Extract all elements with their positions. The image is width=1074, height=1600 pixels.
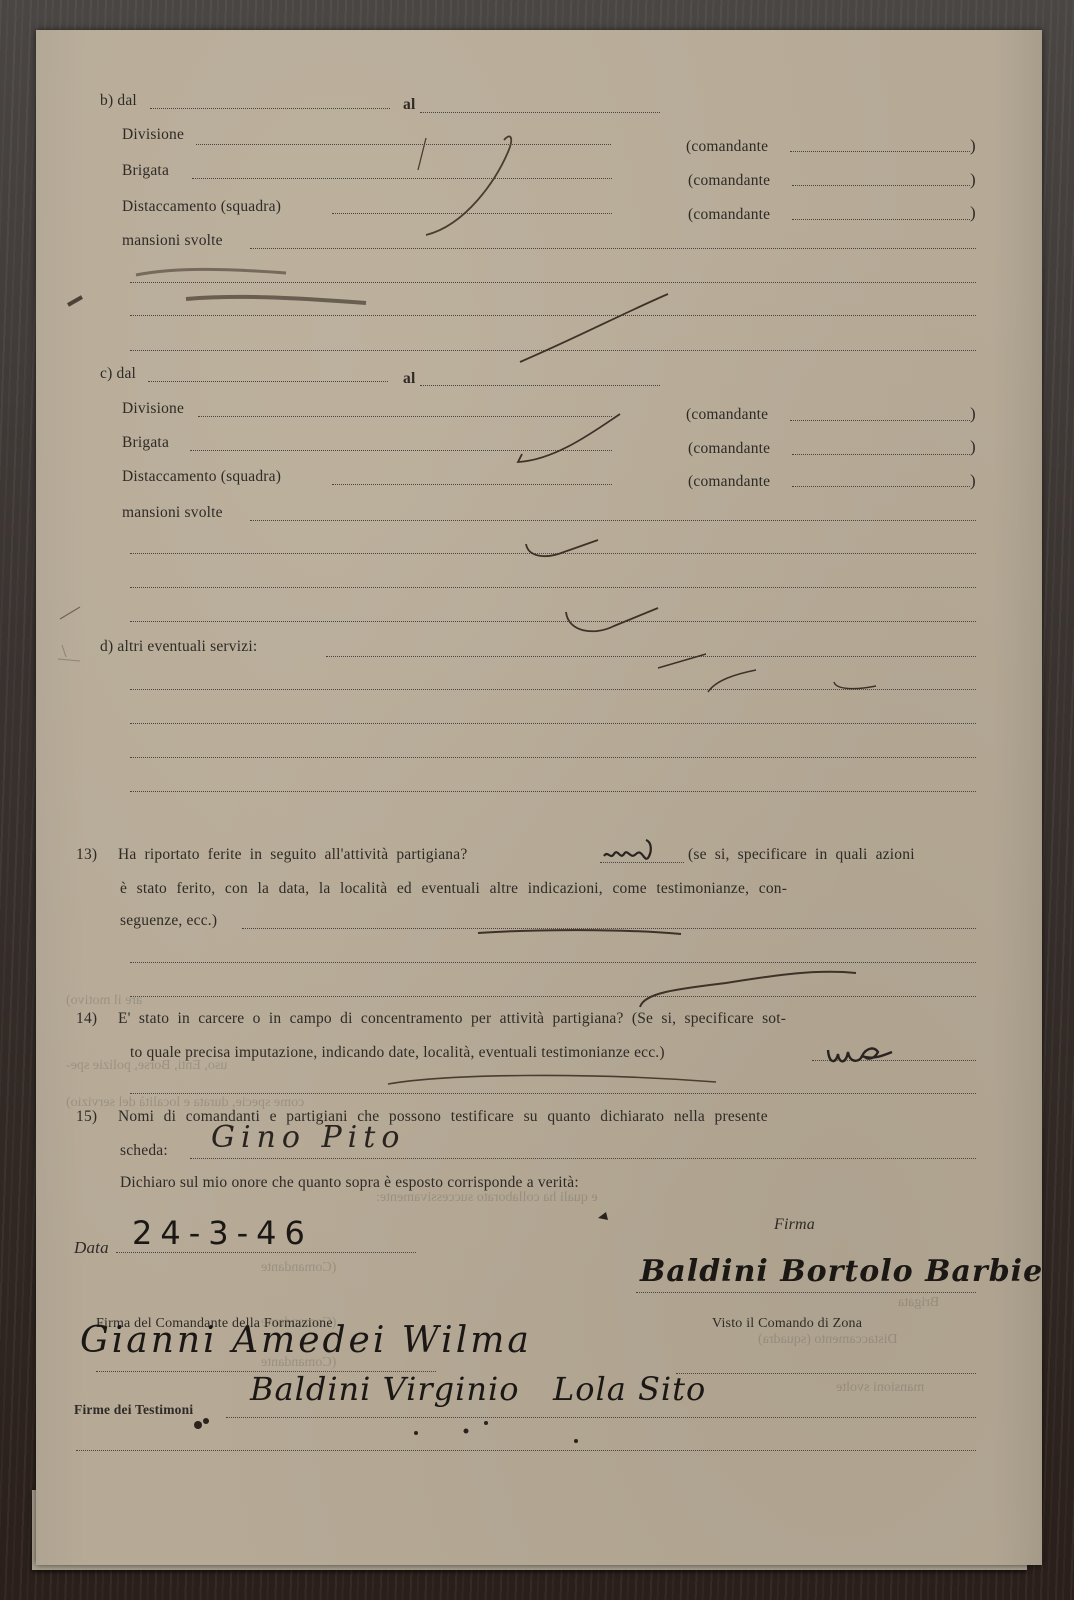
question-14-line-3[interactable] <box>130 1093 976 1094</box>
bleed-through-text: e quali ha collaborato successivamente: <box>376 1190 598 1206</box>
section-d-line-3[interactable] <box>130 723 976 724</box>
question-15-scheda-label: scheda: <box>120 1142 168 1160</box>
section-c-dal-label: c) dal <box>100 365 136 383</box>
section-b-comandante-field-1[interactable] <box>790 151 970 152</box>
section-c-mansioni-line-4[interactable] <box>130 621 976 622</box>
section-c-divisione-label: Divisione <box>122 400 184 418</box>
firma-field[interactable] <box>636 1292 976 1293</box>
strike-through-mark <box>564 606 664 642</box>
section-b-brigata-field[interactable] <box>192 178 612 179</box>
question-13-line3: seguenze, ecc.) <box>120 912 217 930</box>
section-c-mansioni-field[interactable] <box>250 520 976 521</box>
handwritten-witness-signatures: Baldini Virginio Lola Sito <box>250 1370 706 1408</box>
declaration-text: Dichiaro sul mio onore che quanto sopra … <box>120 1174 579 1192</box>
section-c-comandante-label-1: (comandante <box>686 406 768 424</box>
section-c-mansioni-line-3[interactable] <box>130 587 976 588</box>
question-15-names-field[interactable] <box>190 1158 976 1159</box>
comando-zona-label: Visto il Comando di Zona <box>712 1316 862 1332</box>
strike-through-line <box>636 965 866 1015</box>
section-c-comandante-label-2: (comandante <box>688 440 770 458</box>
firma-label: Firma <box>774 1216 815 1234</box>
section-d-line-4[interactable] <box>130 757 976 758</box>
strike-through-line <box>386 1070 726 1088</box>
question-14-line2: to quale precisa imputazione, indicando … <box>130 1044 665 1062</box>
section-b-distaccamento-label: Distaccamento (squadra) <box>122 198 281 216</box>
section-b-dal-label: b) dal <box>100 92 137 110</box>
question-13-line2: è stato ferito, con la data, la località… <box>120 880 787 898</box>
close-paren: ) <box>970 136 976 156</box>
close-paren: ) <box>970 437 976 457</box>
section-b-comandante-label-1: (comandante <box>686 138 768 156</box>
section-c-al-field[interactable] <box>420 385 660 386</box>
section-b-divisione-label: Divisione <box>122 126 184 144</box>
close-paren: ) <box>970 404 976 424</box>
section-c-al-label: al <box>403 370 415 388</box>
section-b-brigata-label: Brigata <box>122 162 169 180</box>
section-b-comandante-label-2: (comandante <box>688 172 770 190</box>
comando-zona-field[interactable] <box>676 1373 976 1374</box>
question-15-number: 15) <box>76 1108 97 1126</box>
handwritten-answer-no <box>602 836 662 866</box>
section-c-dal-field[interactable] <box>148 381 388 382</box>
section-b-al-label: al <box>403 96 415 114</box>
section-b-dal-field[interactable] <box>150 108 390 109</box>
bleed-through-text: Distaccamento (squadra) <box>758 1332 898 1348</box>
testimoni-label: Firme dei Testimoni <box>74 1402 193 1418</box>
bleed-through-text: mansioni svolte <box>836 1380 924 1396</box>
question-13-number: 13) <box>76 846 97 864</box>
section-b-mansioni-label: mansioni svolte <box>122 232 223 250</box>
handwritten-answer-no <box>826 1040 896 1068</box>
handwritten-date: 24-3-46 <box>132 1214 313 1252</box>
close-paren: ) <box>970 471 976 491</box>
strike-through-mark <box>524 538 604 568</box>
data-field[interactable] <box>116 1252 416 1253</box>
section-b-comandante-label-3: (comandante <box>688 206 770 224</box>
question-14-line1: E' stato in carcere o in campo di concen… <box>118 1010 786 1028</box>
margin-mark <box>50 605 90 675</box>
handwritten-commander-signature: Gianni Amedei Wilma <box>80 1320 532 1361</box>
section-c-comandante-label-3: (comandante <box>688 473 770 491</box>
ink-speck <box>596 1206 616 1226</box>
section-d-label: d) altri eventuali servizi: <box>100 638 257 656</box>
section-c-comandante-field-2[interactable] <box>792 454 970 455</box>
section-c-distaccamento-field[interactable] <box>332 484 612 485</box>
section-b-comandante-field-3[interactable] <box>792 219 970 220</box>
data-label: Data <box>74 1238 109 1258</box>
ink-specks <box>186 1415 546 1465</box>
section-b-al-field[interactable] <box>420 112 660 113</box>
section-c-brigata-label: Brigata <box>122 434 169 452</box>
strike-through-line <box>476 925 686 939</box>
bleed-through-text: Brigata <box>898 1295 939 1311</box>
strike-through-mark <box>516 410 626 470</box>
section-b-divisione-field[interactable] <box>196 144 611 145</box>
section-c-distaccamento-label: Distaccamento (squadra) <box>122 468 281 486</box>
ink-smudge <box>66 265 386 315</box>
section-c-comandante-field-3[interactable] <box>792 486 970 487</box>
question-14-number: 14) <box>76 1010 97 1028</box>
strike-through-mark <box>516 290 676 370</box>
section-b-comandante-field-2[interactable] <box>792 185 970 186</box>
section-d-line-5[interactable] <box>130 791 976 792</box>
strike-through-mark <box>416 130 536 240</box>
section-c-mansioni-label: mansioni svolte <box>122 504 223 522</box>
question-13-line-4[interactable] <box>130 962 976 963</box>
bleed-through-text: (Comandante <box>261 1260 336 1276</box>
close-paren: ) <box>970 203 976 223</box>
question-13-tail-text: (se si, specificare in quali azioni <box>688 846 915 864</box>
handwritten-witness-names: Gino Pito <box>211 1120 405 1155</box>
section-c-comandante-field-1[interactable] <box>790 420 970 421</box>
close-paren: ) <box>970 170 976 190</box>
section-b-mansioni-field[interactable] <box>250 248 976 249</box>
document-page: are il motivo) uso, Enti, Borse, polizie… <box>36 30 1042 1565</box>
handwritten-signature: Baldini Bortolo Barbie <box>640 1254 1043 1289</box>
question-13-text: Ha riportato ferite in seguito all'attiv… <box>118 846 467 864</box>
strike-through-mark <box>656 642 886 697</box>
